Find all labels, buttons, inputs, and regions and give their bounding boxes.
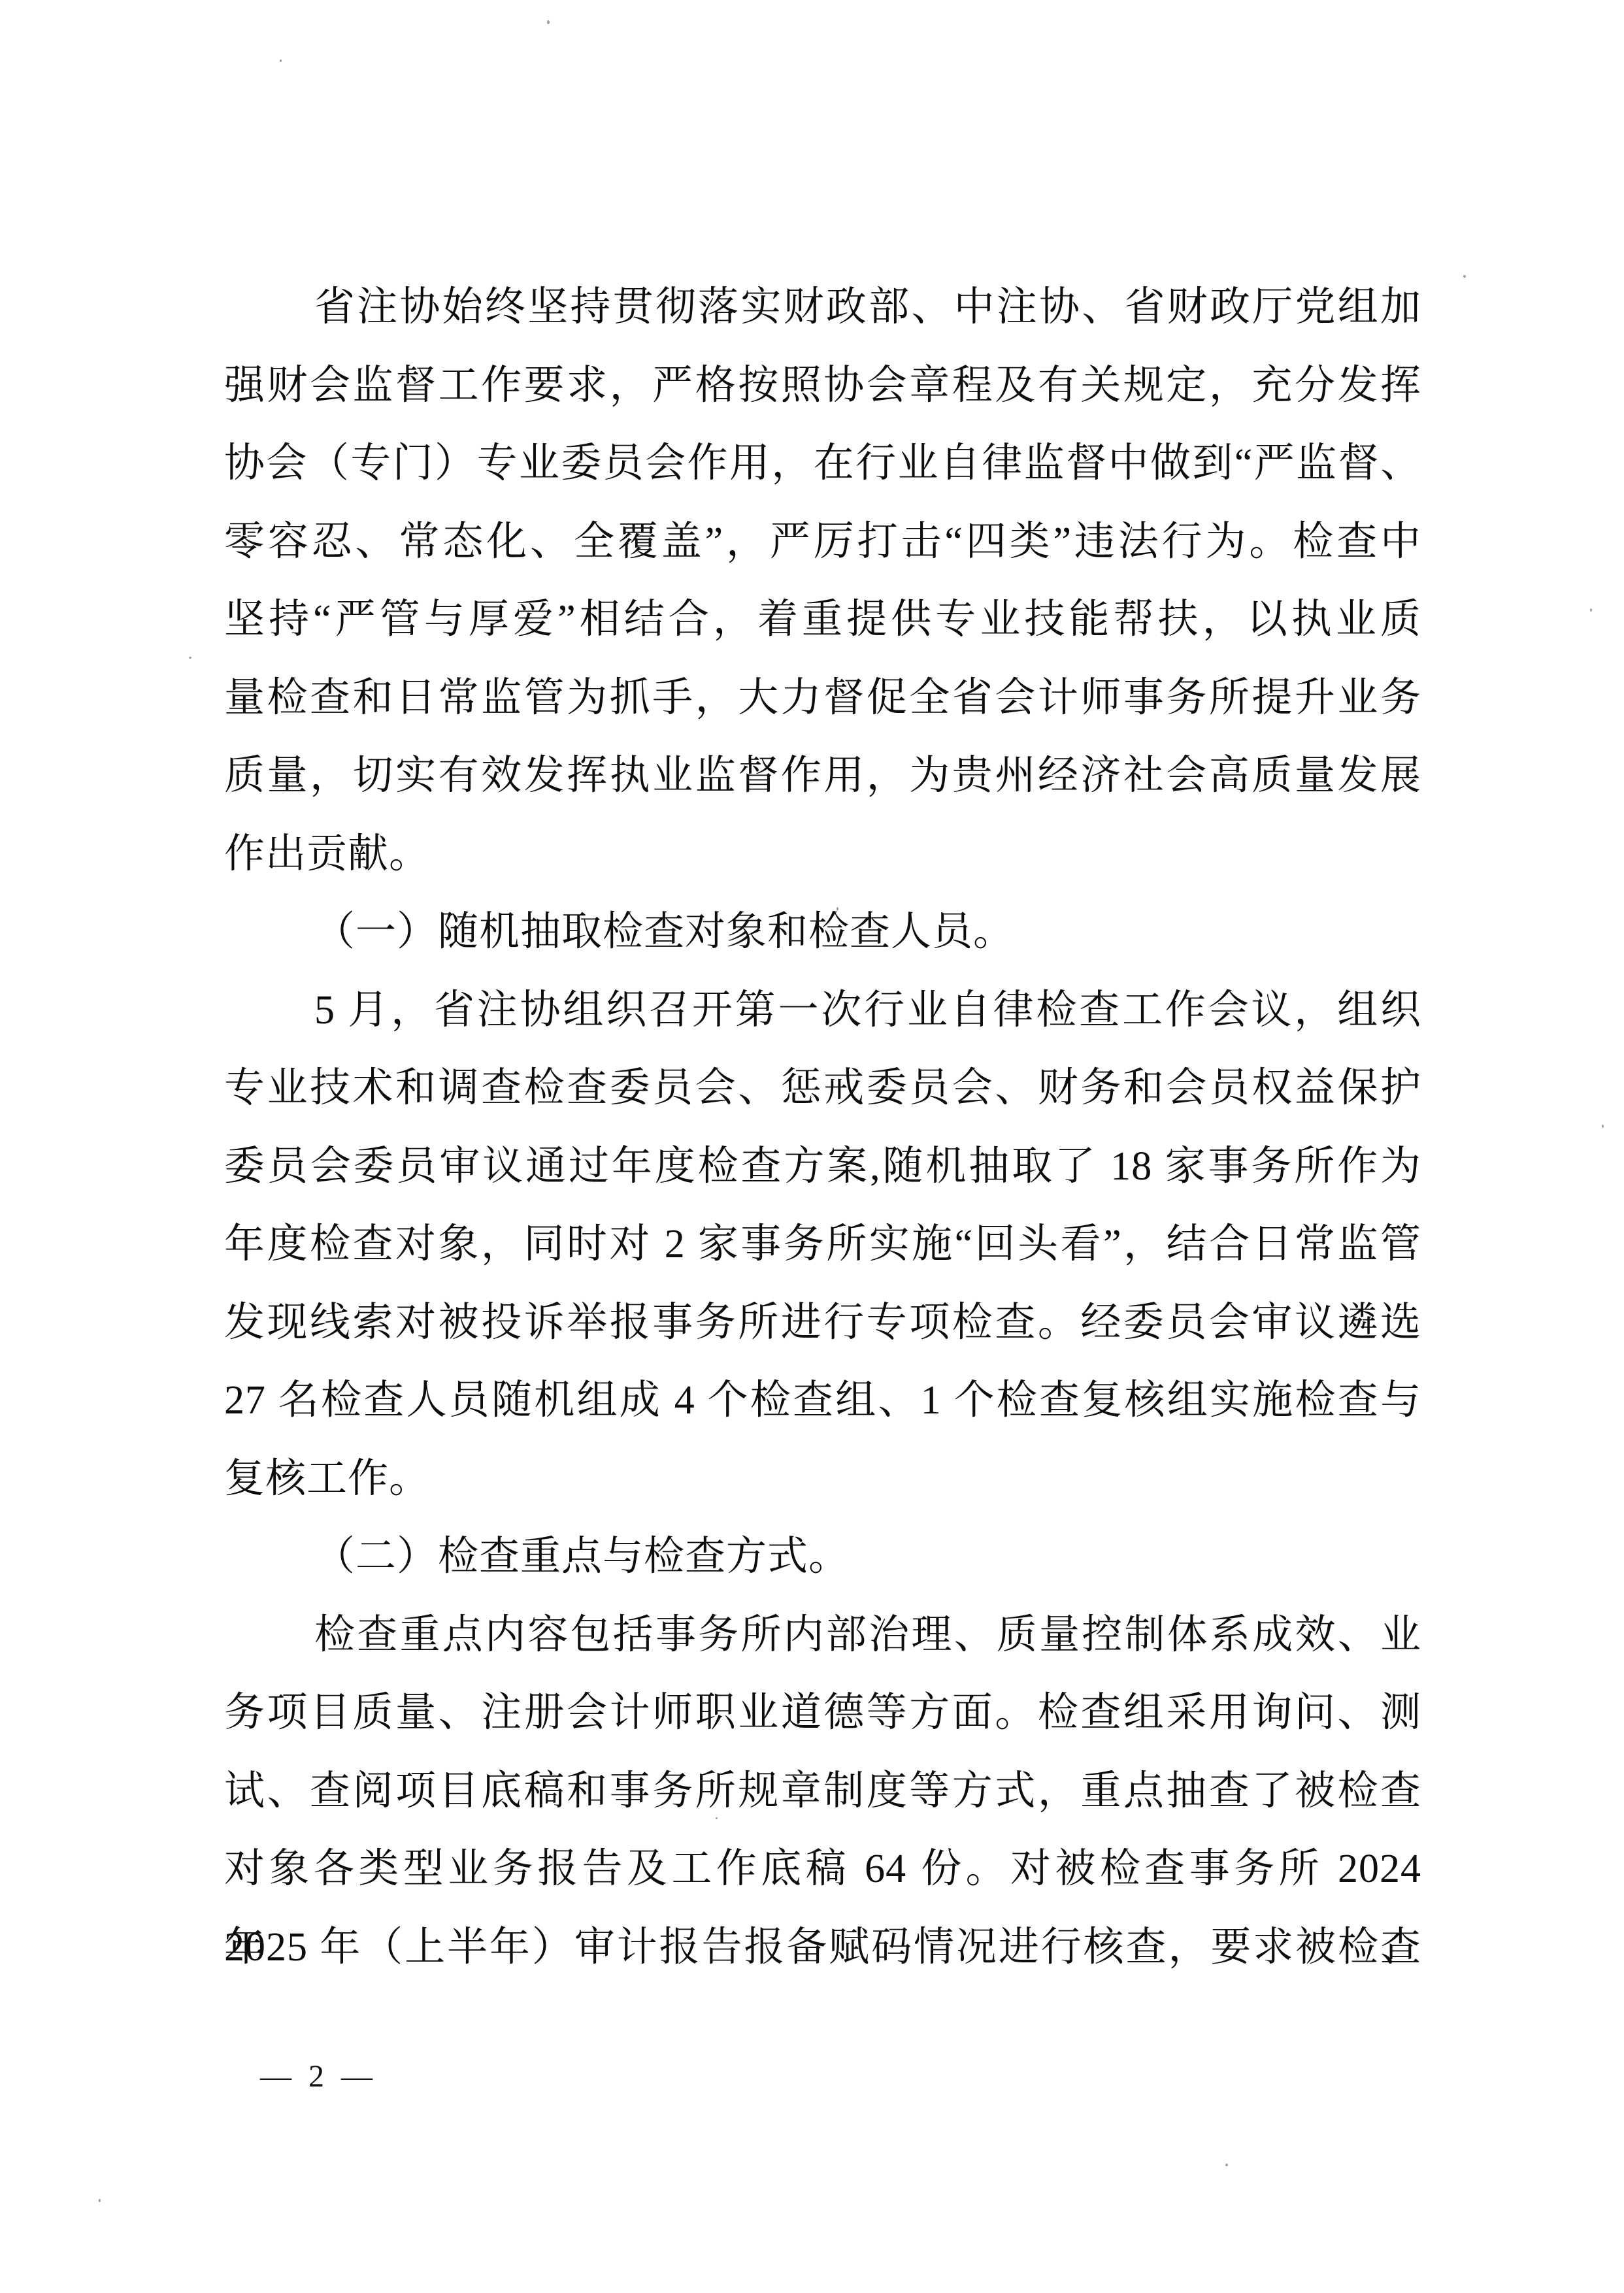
page-number: — 2 — xyxy=(260,2054,377,2100)
document-body-text: 省注协始终坚持贯彻落实财政部、中注协、省财政厅党组加 强财会监督工作要求，严格按… xyxy=(224,269,1421,1987)
text-line: 检查重点内容包括事务所内部治理、质量控制体系成效、业 xyxy=(224,1596,1421,1675)
text-line: 强财会监督工作要求，严格按照协会章程及有关规定，充分发挥 xyxy=(224,347,1421,425)
scan-speck xyxy=(547,20,550,24)
scan-speck xyxy=(1590,608,1592,612)
text-line: 坚持“严管与厚爱”相结合，着重提供专业技能帮扶，以执业质 xyxy=(224,581,1421,659)
scanned-document-page: 省注协始终坚持贯彻落实财政部、中注协、省财政厅党组加 强财会监督工作要求，严格按… xyxy=(0,0,1624,2293)
scan-speck xyxy=(837,907,838,911)
text-line: 27 名检查人员随机组成 4 个检查组、1 个检查复核组实施检查与 xyxy=(224,1362,1421,1440)
text-line: 年度检查对象，同时对 2 家事务所实施“回头看”，结合日常监管 xyxy=(224,1206,1421,1284)
text-line: 委员会委员审议通过年度检查方案,随机抽取了 18 家事务所作为 xyxy=(224,1128,1421,1206)
text-line: 省注协始终坚持贯彻落实财政部、中注协、省财政厅党组加 xyxy=(224,269,1421,347)
text-line: 作出贡献。 xyxy=(224,816,1421,894)
text-line: 零容忍、常态化、全覆盖”，严厉打击“四类”违法行为。检查中 xyxy=(224,503,1421,582)
text-line: 发现线索对被投诉举报事务所进行专项检查。经委员会审议遴选 xyxy=(224,1284,1421,1362)
text-line: 务项目质量、注册会计师职业道德等方面。检查组采用询问、测 xyxy=(224,1674,1421,1753)
scan-speck xyxy=(1463,275,1466,278)
text-line: 试、查阅项目底稿和事务所规章制度等方式，重点抽查了被检查 xyxy=(224,1753,1421,1831)
text-line: 5 月，省注协组织召开第一次行业自律检查工作会议，组织 xyxy=(224,972,1421,1050)
text-line: 量检查和日常监管为抓手，大力督促全省会计师事务所提升业务 xyxy=(224,659,1421,738)
text-line: 复核工作。 xyxy=(224,1440,1421,1519)
scan-speck xyxy=(280,59,282,62)
scan-speck xyxy=(99,2199,101,2202)
scan-speck xyxy=(716,1817,718,1819)
text-line: 协会（专门）专业委员会作用，在行业自律监督中做到“严监督、 xyxy=(224,425,1421,503)
text-line: 2025 年（上半年）审计报告报备赋码情况进行核查，要求被检查 xyxy=(224,1909,1421,1987)
section-heading-1: （一）随机抽取检查对象和检查人员。 xyxy=(224,893,1421,972)
text-line: 对象各类型业务报告及工作底稿 64 份。对被检查事务所 2024 年、 xyxy=(224,1830,1421,1909)
scan-speck xyxy=(1225,2164,1228,2166)
scan-speck xyxy=(1602,1125,1604,1128)
scan-speck xyxy=(189,657,191,659)
text-line: 专业技术和调查检查委员会、惩戒委员会、财务和会员权益保护 xyxy=(224,1049,1421,1128)
text-line: 质量，切实有效发挥执业监督作用，为贵州经济社会高质量发展 xyxy=(224,737,1421,816)
section-heading-2: （二）检查重点与检查方式。 xyxy=(224,1518,1421,1596)
